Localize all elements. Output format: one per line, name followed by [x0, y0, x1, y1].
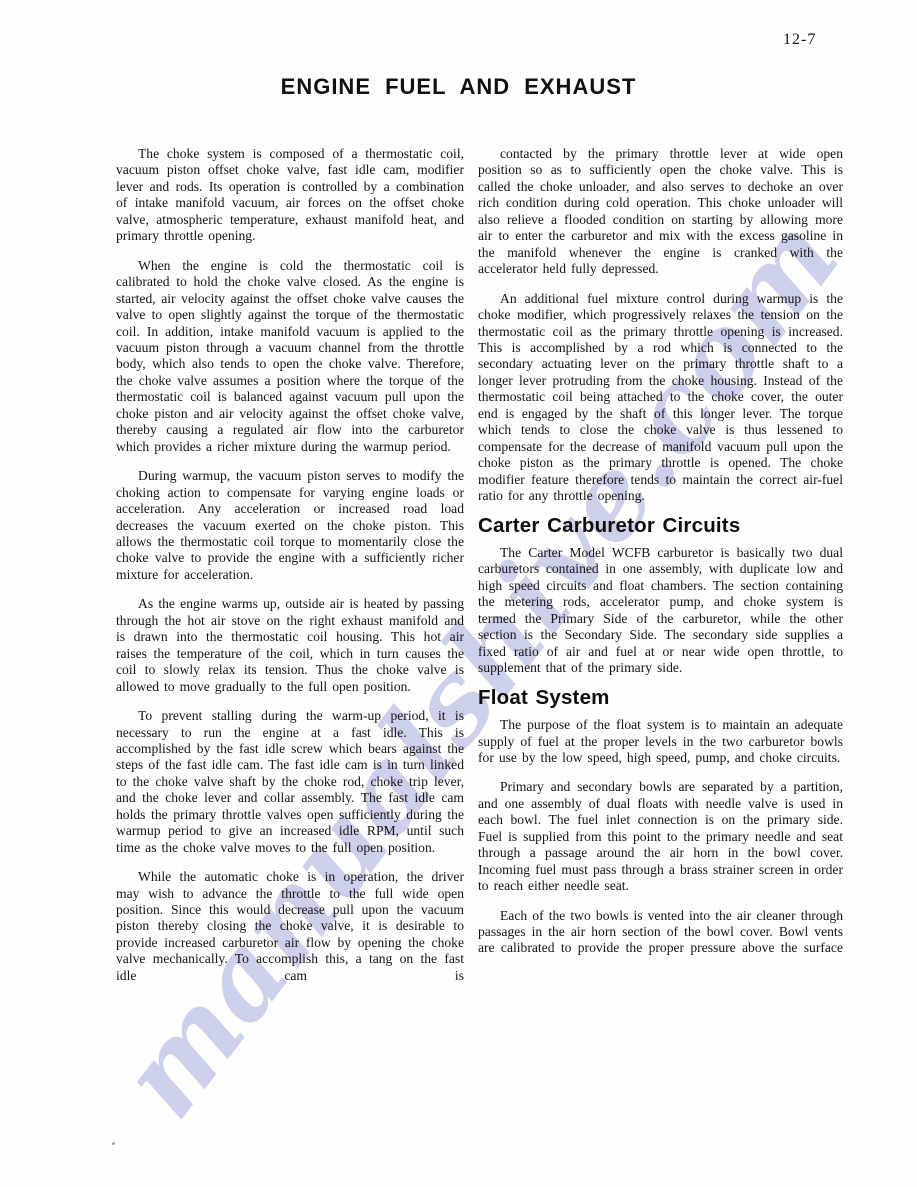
- paragraph-automatic-choke: While the automatic choke is in operatio…: [116, 869, 464, 984]
- paragraph-choke-modifier: An additional fuel mixture control durin…: [478, 291, 843, 505]
- right-column: contacted by the primary throttle lever …: [478, 146, 843, 997]
- section-heading-carter-carburetor-circuits: Carter Carburetor Circuits: [478, 518, 843, 534]
- manual-page: manualshive.com 12-7 ENGINE FUEL AND EXH…: [0, 0, 917, 1187]
- paragraph-carter-wcfb: The Carter Model WCFB carburetor is basi…: [478, 545, 843, 677]
- paragraph-fast-idle: To prevent stalling during the warm-up p…: [116, 708, 464, 856]
- paragraph-bowls-partition: Primary and secondary bowls are separate…: [478, 779, 843, 894]
- text-columns: The choke system is composed of a thermo…: [116, 146, 843, 997]
- left-column: The choke system is composed of a thermo…: [116, 146, 464, 997]
- section-heading-float-system: Float System: [478, 690, 843, 706]
- scan-speck: [112, 1142, 115, 1145]
- paragraph-engine-warms-up: As the engine warms up, outside air is h…: [116, 596, 464, 695]
- paragraph-float-purpose: The purpose of the float system is to ma…: [478, 717, 843, 766]
- paragraph-choke-system-intro: The choke system is composed of a thermo…: [116, 146, 464, 245]
- paragraph-bowl-vents: Each of the two bowls is vented into the…: [478, 908, 843, 957]
- paragraph-cold-engine-choke: When the engine is cold the thermostatic…: [116, 258, 464, 455]
- page-title: ENGINE FUEL AND EXHAUST: [0, 74, 917, 100]
- paragraph-choke-unloader: contacted by the primary throttle lever …: [478, 146, 843, 278]
- page-number: 12-7: [783, 31, 816, 49]
- paragraph-during-warmup: During warmup, the vacuum piston serves …: [116, 468, 464, 583]
